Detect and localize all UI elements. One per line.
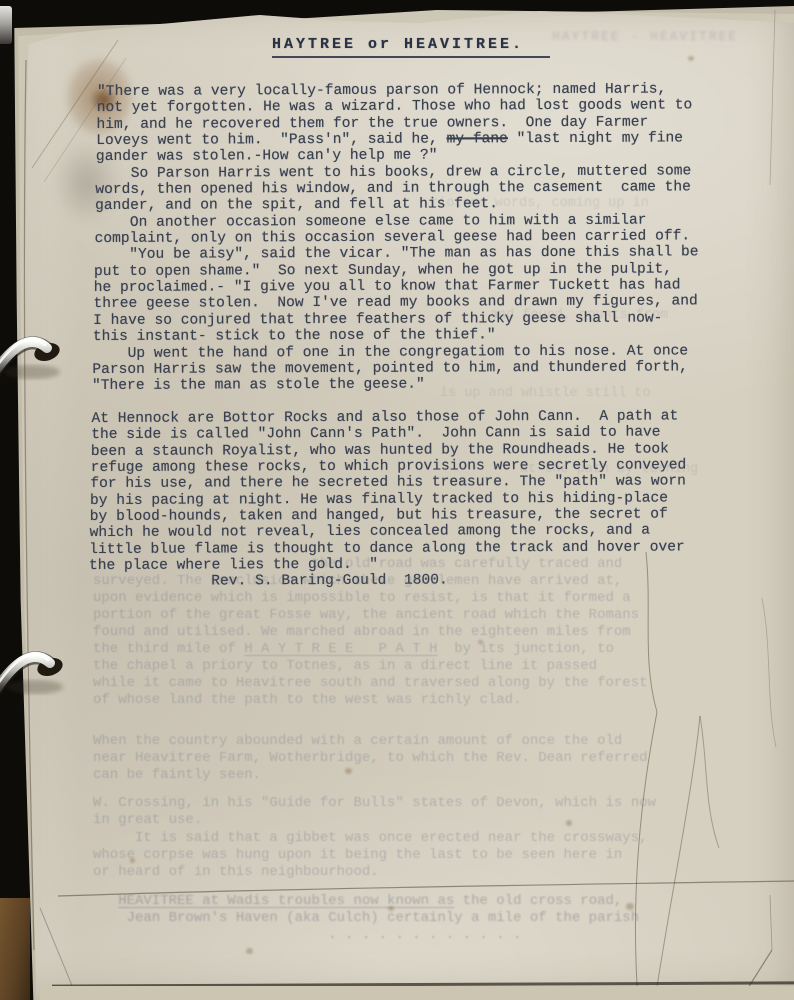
ghost-line: . . . . . . . . . . . . [93, 927, 639, 944]
foxing-spot [130, 858, 135, 863]
ghost-line: Jean Brown's Haven (aka Culch) certainly… [93, 910, 639, 927]
ghost-text-block: HEAVITREE at Wadis troubles now known as… [93, 893, 639, 944]
ghost-line: When the country abounded with a certain… [93, 733, 648, 750]
sheet-below-edge [40, 986, 794, 1000]
ghost-title: HAYTREE - HEAVITREE [552, 29, 738, 44]
ghost-line: the chapel a priory to Totnes, as in a d… [93, 658, 648, 675]
ghost-line: It is said that a gibbet was once erecte… [93, 830, 648, 847]
foxing-spot [688, 56, 694, 61]
typed-text-block: "There was a very locally-famous parson … [93, 81, 735, 590]
ghost-line: HEAVITREE at Wadis troubles now known as… [93, 893, 639, 910]
ghost-line: or heard of in this neighbourhood. [93, 864, 648, 881]
ghost-line: near Heavitree Farm, Wotherbridge, to wh… [93, 750, 648, 767]
page-title-text: HAYTREE or HEAVITREE. [272, 36, 550, 58]
ghost-text-block: When the country abounded with a certain… [93, 733, 648, 784]
ghost-line: of whose land the path to the west was r… [93, 692, 648, 709]
foxing-spot [246, 948, 253, 954]
page-title: HAYTREE or HEAVITREE. [272, 36, 550, 53]
ghost-text-block: It is said that a gibbet was once erecte… [93, 830, 648, 881]
ghost-line: can be faintly seen. [93, 767, 648, 784]
ring-binder-photo: HAYTREE - HEAVITREE HAYTREE or HEAVITREE… [0, 0, 794, 1000]
ghost-line: upon evidence which is impossible to res… [93, 590, 648, 607]
document-page: HAYTREE - HEAVITREE HAYTREE or HEAVITREE… [0, 0, 794, 1000]
ghost-line: while it came to Heavitree south and tra… [93, 675, 648, 692]
binder-cover-corner [0, 898, 30, 1000]
foxing-spot [478, 640, 483, 644]
ghost-line: whose corpse was hung upon it being the … [93, 847, 648, 864]
ghost-line: W. Crossing, in his "Guide for Bulls" st… [93, 795, 656, 812]
foxing-spot [626, 903, 634, 910]
binder-clip [0, 6, 12, 44]
foxing-spot [388, 906, 394, 911]
ghost-line: the third mile of H A Y T R E E P A T H … [93, 641, 648, 658]
foxing-spot [345, 768, 352, 774]
ghost-line: found and utilised. We marched abroad in… [93, 624, 648, 641]
typed-line: Rev. S. Baring-Gould 1800. [89, 572, 729, 591]
ghost-line: portion of the great Fosse way, the anci… [93, 607, 648, 624]
foxing-spot [566, 820, 572, 826]
